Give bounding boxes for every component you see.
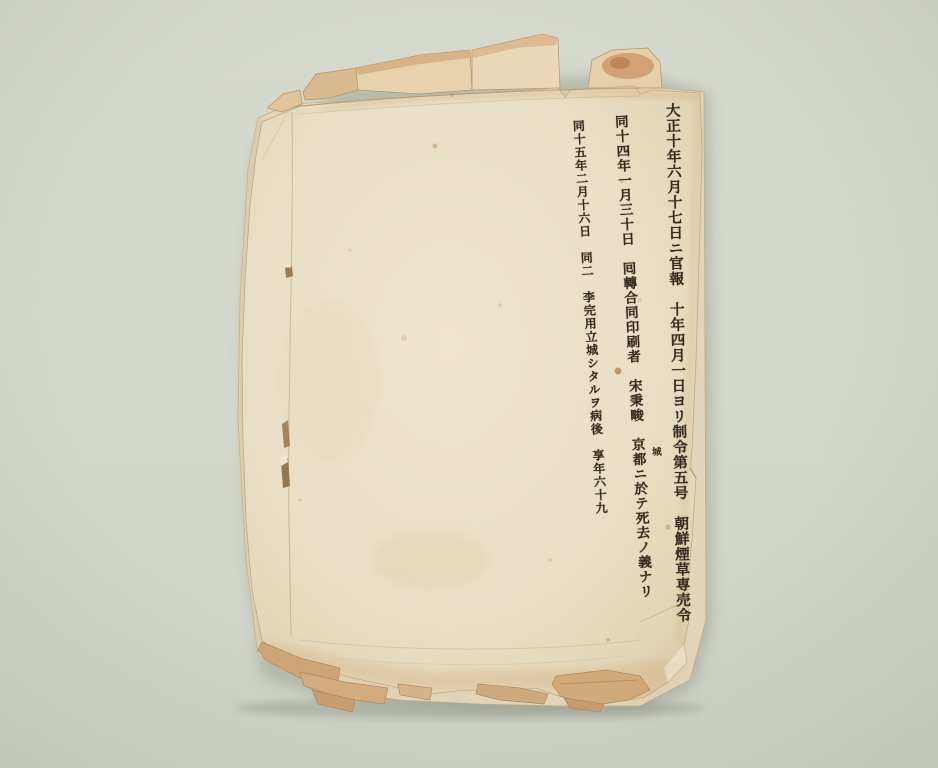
photograph-of-manuscript: 大正十年六月十七日ニ官報 十年四月一日ヨリ制令第五号 朝鮮煙草専売令 同十四年一… — [0, 0, 938, 768]
manuscript-paper-artwork — [0, 0, 938, 768]
worm-hole-1 — [285, 266, 293, 278]
torn-fragment-top-5-stain-core — [610, 57, 630, 69]
calligraphy-inline-annotation: 城 — [652, 444, 662, 458]
